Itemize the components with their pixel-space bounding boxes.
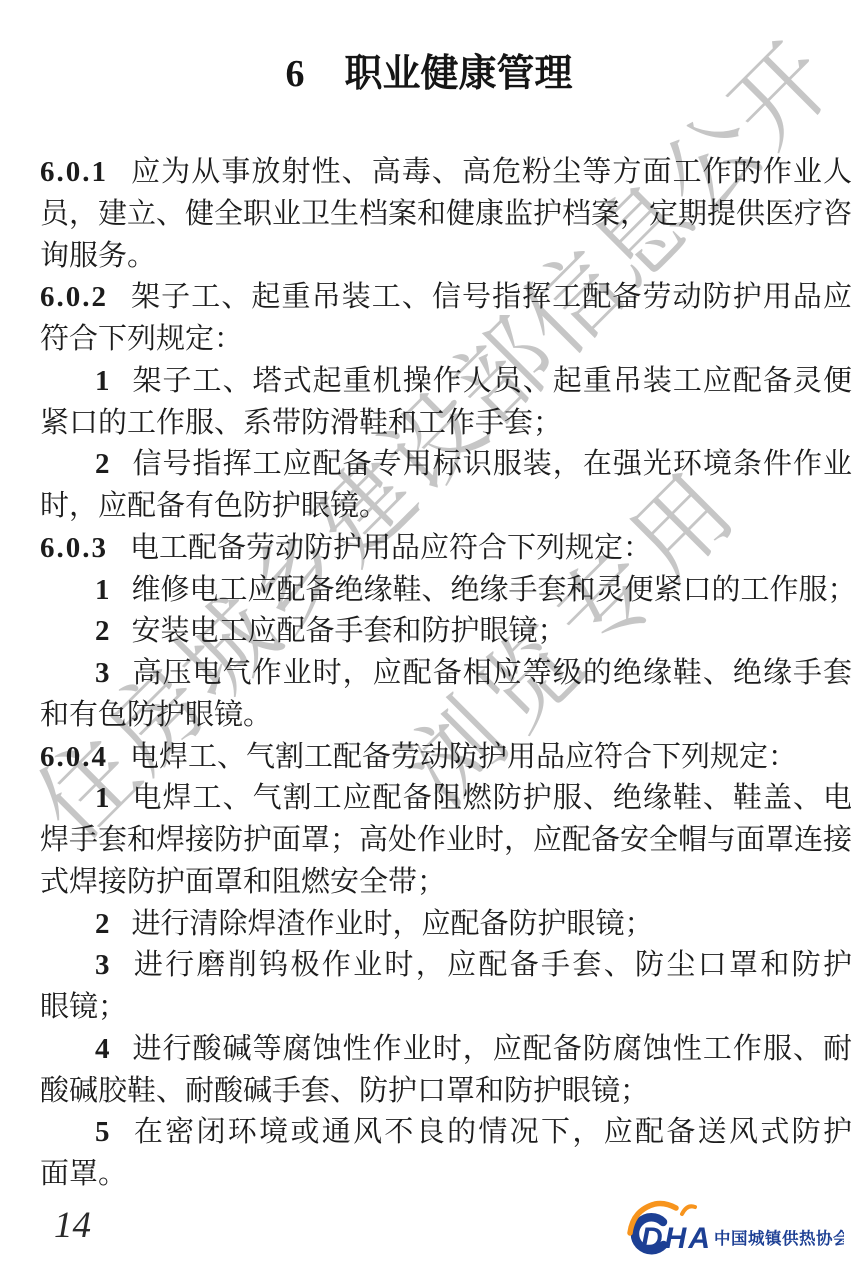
- clause-number: 5: [95, 1116, 132, 1148]
- text-line: 眼镜；: [40, 987, 852, 1029]
- clause-text: 眼镜；: [40, 991, 127, 1023]
- clause-number: 4: [95, 1033, 132, 1065]
- text-line: 5在密闭环境或通风不良的情况下，应配备送风式防护: [40, 1112, 852, 1154]
- clause-text: 进行酸碱等腐蚀性作业时，应配备防腐蚀性工作服、耐: [132, 1033, 853, 1065]
- clause-number: 3: [95, 949, 132, 981]
- clause-text: 信号指挥工应配备专用标识服装，在强光环境条件作业: [132, 448, 853, 480]
- clause-number: 2: [95, 615, 132, 647]
- clause-text: 符合下列规定：: [40, 323, 243, 355]
- clause-text: 时，应配备有色防护眼镜。: [40, 490, 388, 522]
- text-line: 符合下列规定：: [40, 319, 852, 361]
- clause-number: 6.0.4: [40, 741, 130, 773]
- clause-text: 应为从事放射性、高毒、高危粉尘等方面工作的作业人: [130, 156, 852, 188]
- clause-text: 安装电工应配备手套和防护眼镜；: [132, 615, 567, 647]
- page-number: 14: [54, 1204, 91, 1247]
- text-line: 6.0.4电焊工、气割工配备劳动防护用品应符合下列规定：: [40, 737, 852, 779]
- clause-text: 维修电工应配备绝缘鞋、绝缘手套和灵便紧口的工作服；: [132, 574, 857, 606]
- text-line: 面罩。: [40, 1154, 852, 1196]
- cdha-logo-icon: DHA 中国城镇供热协会: [626, 1200, 844, 1258]
- text-line: 1维修电工应配备绝缘鞋、绝缘手套和灵便紧口的工作服；: [40, 570, 852, 612]
- clause-text: 紧口的工作服、系带防滑鞋和工作手套；: [40, 407, 562, 439]
- text-line: 2信号指挥工应配备专用标识服装，在强光环境条件作业: [40, 444, 852, 486]
- clause-number: 1: [95, 782, 132, 814]
- clause-text: 进行磨削钨极作业时，应配备手套、防尘口罩和防护: [132, 949, 853, 981]
- text-line: 焊手套和焊接防护面罩；高处作业时，应配备安全帽与面罩连接: [40, 820, 852, 862]
- text-line: 1电焊工、气割工应配备阻燃防护服、绝缘鞋、鞋盖、电: [40, 778, 852, 820]
- clause-text: 电焊工、气割工配备劳动防护用品应符合下列规定：: [130, 741, 797, 773]
- text-line: 和有色防护眼镜。: [40, 695, 852, 737]
- clause-number: 1: [95, 574, 132, 606]
- text-line: 询服务。: [40, 236, 852, 278]
- text-line: 1架子工、塔式起重机操作人员、起重吊装工应配备灵便: [40, 361, 852, 403]
- logo-org-name: 中国城镇供热协会: [714, 1228, 844, 1248]
- clause-number: 6.0.3: [40, 532, 130, 564]
- text-line: 3高压电气作业时，应配备相应等级的绝缘鞋、绝缘手套: [40, 653, 852, 695]
- chapter-number: 6: [285, 53, 304, 95]
- clause-number: 6.0.2: [40, 281, 130, 313]
- document-lines: 6.0.1应为从事放射性、高毒、高危粉尘等方面工作的作业人员，建立、健全职业卫生…: [40, 152, 852, 1196]
- text-line: 2进行清除焊渣作业时，应配备防护眼镜；: [40, 904, 852, 946]
- document-page: 住房城乡建设部信息公开 浏览专用 6职业健康管理 6.0.1应为从事放射性、高毒…: [0, 0, 858, 1271]
- text-line: 员，建立、健全职业卫生档案和健康监护档案，定期提供医疗咨: [40, 194, 852, 236]
- clause-text: 电工配备劳动防护用品应符合下列规定：: [130, 532, 652, 564]
- clause-number: 2: [95, 908, 132, 940]
- clause-text: 酸碱胶鞋、耐酸碱手套、防护口罩和防护眼镜；: [40, 1075, 649, 1107]
- clause-text: 焊手套和焊接防护面罩；高处作业时，应配备安全帽与面罩连接: [40, 824, 852, 856]
- clause-number: 6.0.1: [40, 156, 130, 188]
- text-line: 6.0.3电工配备劳动防护用品应符合下列规定：: [40, 528, 852, 570]
- chapter-title-text: 职业健康管理: [344, 53, 572, 95]
- text-line: 6.0.2架子工、起重吊装工、信号指挥工配备劳动防护用品应: [40, 277, 852, 319]
- text-line: 4进行酸碱等腐蚀性作业时，应配备防腐蚀性工作服、耐: [40, 1029, 852, 1071]
- text-line: 时，应配备有色防护眼镜。: [40, 486, 852, 528]
- clause-text: 进行清除焊渣作业时，应配备防护眼镜；: [132, 908, 654, 940]
- clause-text: 式焊接防护面罩和阻燃安全带；: [40, 866, 446, 898]
- clause-text: 询服务。: [40, 240, 156, 272]
- clause-text: 高压电气作业时，应配备相应等级的绝缘鞋、绝缘手套: [132, 657, 853, 689]
- logo-acronym: DHA: [641, 1222, 712, 1255]
- clause-number: 1: [95, 365, 132, 397]
- text-line: 3进行磨削钨极作业时，应配备手套、防尘口罩和防护: [40, 945, 852, 987]
- text-line: 2安装电工应配备手套和防护眼镜；: [40, 611, 852, 653]
- clause-text: 在密闭环境或通风不良的情况下，应配备送风式防护: [132, 1116, 853, 1148]
- text-line: 6.0.1应为从事放射性、高毒、高危粉尘等方面工作的作业人: [40, 152, 852, 194]
- text-line: 式焊接防护面罩和阻燃安全带；: [40, 862, 852, 904]
- clause-text: 架子工、塔式起重机操作人员、起重吊装工应配备灵便: [132, 365, 853, 397]
- clause-text: 电焊工、气割工应配备阻燃防护服、绝缘鞋、鞋盖、电: [132, 782, 853, 814]
- logo-flame-arc-small: [682, 1206, 695, 1214]
- text-line: 紧口的工作服、系带防滑鞋和工作手套；: [40, 403, 852, 445]
- clause-text: 员，建立、健全职业卫生档案和健康监护档案，定期提供医疗咨: [40, 198, 852, 230]
- text-line: 酸碱胶鞋、耐酸碱手套、防护口罩和防护眼镜；: [40, 1071, 852, 1113]
- clause-text: 和有色防护眼镜。: [40, 699, 272, 731]
- clause-text: 面罩。: [40, 1158, 127, 1190]
- clause-text: 架子工、起重吊装工、信号指挥工配备劳动防护用品应: [130, 281, 852, 313]
- clause-number: 3: [95, 657, 132, 689]
- chapter-title: 6职业健康管理: [0, 42, 858, 97]
- clause-number: 2: [95, 448, 132, 480]
- association-logo: DHA 中国城镇供热协会: [626, 1200, 844, 1263]
